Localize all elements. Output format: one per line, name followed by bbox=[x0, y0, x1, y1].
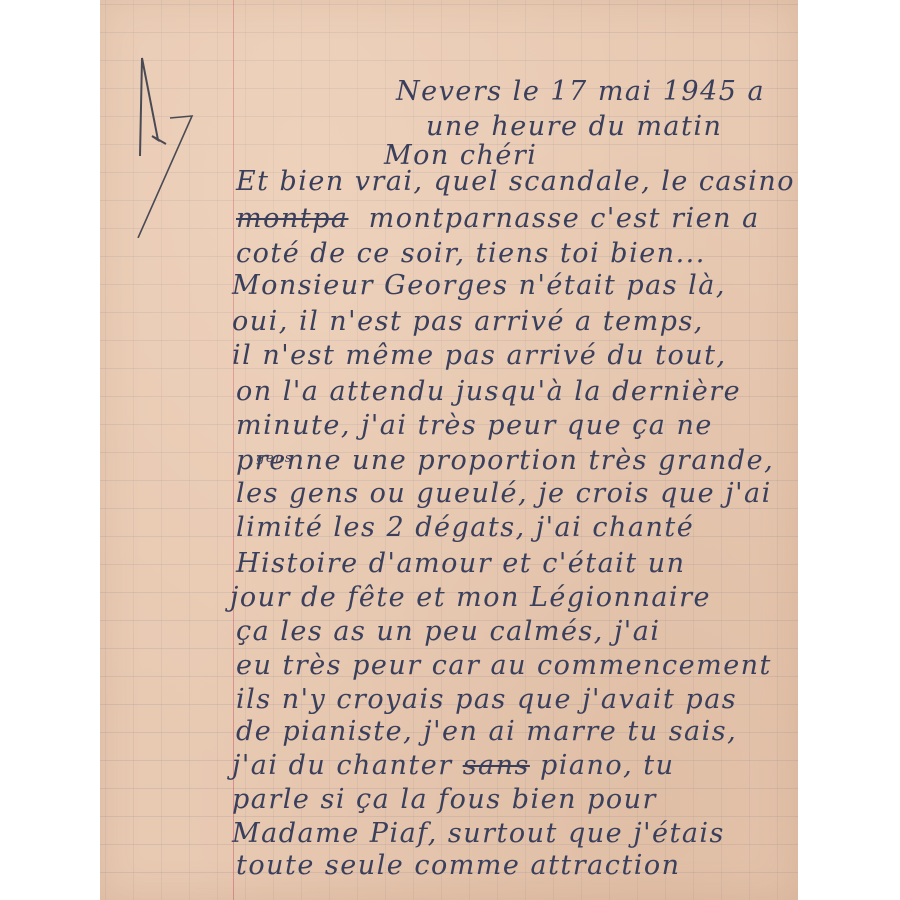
letter-line: Madame Piaf, surtout que j'étais bbox=[232, 820, 725, 847]
letter-line: prenne une proportion très grande, bbox=[236, 447, 774, 474]
letter-line: Et bien vrai, quel scandale, le casino bbox=[236, 168, 795, 195]
letter-line-text: montparnasse c'est rien a bbox=[359, 203, 760, 234]
letter-line: parle si ça la fous bien pour bbox=[232, 786, 657, 813]
letter-line: de pianiste, j'en ai marre tu sais, bbox=[236, 718, 737, 745]
letter-line: toute seule comme attraction bbox=[236, 852, 681, 879]
place-date: Nevers le 17 mai 1945 a bbox=[396, 78, 765, 105]
letter-line: minute, j'ai très peur que ça ne bbox=[236, 412, 713, 439]
letter-line: limité les 2 dégats, j'ai chanté bbox=[236, 514, 694, 541]
page-marker-a-icon bbox=[130, 48, 210, 238]
letter-line: ils n'y croyais pas que j'avait pas bbox=[236, 686, 737, 713]
salutation: Mon chéri bbox=[384, 142, 537, 169]
struck-word: montpa bbox=[236, 203, 348, 234]
letter-line: eu très peur car au commencement bbox=[236, 652, 772, 679]
letter-line: oui, il n'est pas arrivé a temps, bbox=[232, 308, 704, 335]
letter-line: coté de ce soir, tiens toi bien... bbox=[236, 240, 706, 267]
letter-line-text: j'ai du chanter bbox=[232, 750, 463, 781]
letter-line-text: piano, tu bbox=[530, 750, 675, 781]
letter-line: montpa montparnasse c'est rien a bbox=[236, 205, 760, 232]
letter-line: j'ai du chanter sans piano, tu bbox=[232, 752, 675, 779]
letter-line: les gens ou gueulé, je crois que j'ai bbox=[236, 480, 772, 507]
letter-line: il n'est même pas arrivé du tout, bbox=[232, 342, 727, 369]
letter-line: ça les as un peu calmés, j'ai bbox=[236, 618, 660, 645]
interlinear-insert: gens bbox=[256, 452, 293, 465]
letter-line: on l'a attendu jusqu'à la dernière bbox=[236, 378, 741, 405]
time-line: une heure du matin bbox=[426, 113, 722, 140]
letter-line: Histoire d'amour et c'était un bbox=[236, 550, 686, 577]
letter-line: jour de fête et mon Légionnaire bbox=[230, 584, 711, 611]
struck-word: sans bbox=[463, 750, 530, 781]
letter-line: Monsieur Georges n'était pas là, bbox=[232, 272, 726, 299]
